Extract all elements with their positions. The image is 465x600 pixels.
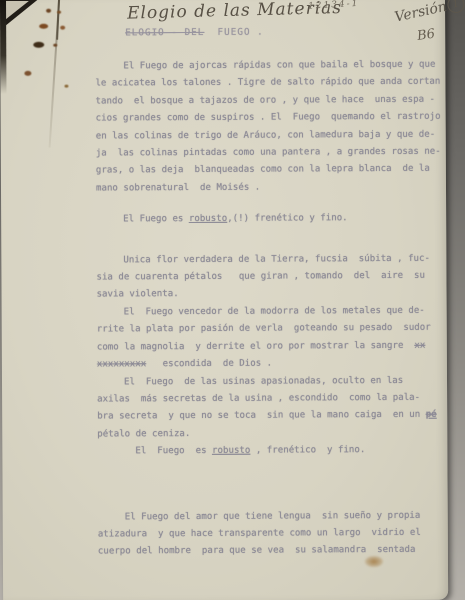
typed-text-segment: en las colinas de trigo de Aráuco, con l… <box>96 129 436 141</box>
stain <box>33 42 44 48</box>
typed-text-segment: tando el bosque a tajazos de oro , y que… <box>96 95 436 107</box>
typed-body: El Fuego de ajorcas rápidas con que bail… <box>95 57 450 562</box>
typed-text-segment: El Fuego del amor que tiene lengua sin s… <box>125 510 421 522</box>
typed-line: El Fuego es robusto,(!) frenético y fino… <box>96 210 448 229</box>
stain <box>53 44 57 47</box>
typed-text-segment: pétalo de ceniza. <box>97 429 190 439</box>
left-edge-shadow <box>0 0 7 94</box>
typed-text-segment: mano sobrenatural de Moisés . <box>96 182 260 193</box>
typed-text-segment: El Fuego es <box>135 446 212 456</box>
version-annotation: Versión1 <box>393 0 465 26</box>
typed-line: El Fuego de ajorcas rápidas con que bail… <box>95 57 447 76</box>
typed-text-segment: xx <box>414 340 425 350</box>
typed-text-segment: El Fuego de ajorcas rápidas con que bail… <box>123 60 435 72</box>
stain <box>64 85 68 88</box>
typed-line: tando el bosque a tajazos de oro , y que… <box>96 91 448 110</box>
typed-line: El Fuego del amor que tiene lengua sin s… <box>98 507 450 526</box>
scanned-manuscript-page: { "page": { "annotations": { "handwritte… <box>0 0 465 600</box>
catalog-number: 12134-1 <box>308 0 360 12</box>
corner-code: B6 <box>416 27 436 44</box>
typed-line: Unica flor verdadera de la Tierra, fucsi… <box>96 250 448 269</box>
typed-text-segment: escondida de Dios . <box>146 359 272 370</box>
typed-text-segment: El Fuego es <box>123 214 189 224</box>
typed-text-segment: , frenético y fino. <box>250 445 365 456</box>
typed-text-segment: cios grandes como de suspiros . El Fuego… <box>96 112 441 124</box>
typed-line: El Fuego vencedor de la modorra de los m… <box>97 303 449 322</box>
typed-text-segment: ,(!) frenético y fino. <box>227 213 348 224</box>
typed-line: atizadura y que hace transparente como u… <box>98 525 450 544</box>
typed-text-segment: cuerpo del hombre para que se vea su sal… <box>98 545 416 557</box>
typed-text-segment: El Fuego de las usinas apasionadas, ocul… <box>124 375 403 386</box>
typed-text-segment: pé <box>426 410 437 420</box>
typed-text-segment: le acicatea los talones . Tigre de salto… <box>95 77 440 89</box>
typed-line: sia de cuarenta pétalos que giran , toma… <box>96 268 448 287</box>
typed-text-segment: sia de cuarenta pétalos que giran , toma… <box>96 271 425 283</box>
typed-text-segment: robusto <box>189 214 227 224</box>
typed-line: le acicatea los talones . Tigre de salto… <box>95 74 447 93</box>
typed-line: como la magnolia y derrite el oro por mo… <box>97 337 449 356</box>
typed-line: ja las colinas pintadas como una pantera… <box>96 144 448 163</box>
typed-title: ELOGIO - DEL FUEGO . <box>125 27 264 39</box>
stain <box>24 71 31 76</box>
typed-line: axilas más secretas de la usina , escond… <box>97 390 449 409</box>
typed-line: cuerpo del hombre para que se vea su sal… <box>98 542 450 561</box>
stain <box>46 9 51 13</box>
stain <box>57 11 61 14</box>
typed-line: bra secreta y que no se toca sin que la … <box>97 407 449 426</box>
typed-line: en las colinas de trigo de Aráuco, con l… <box>96 126 448 145</box>
typed-text-segment: savia violenta. <box>97 290 179 300</box>
typed-title-kept: FUEGO . <box>204 27 263 38</box>
typed-line: El Fuego es robusto , frenético y fino. <box>97 442 449 461</box>
typed-text-segment: axilas más secretas de la usina , escond… <box>97 393 420 405</box>
typed-title-struck: ELOGIO - DEL <box>125 27 204 38</box>
typed-text-segment: gras, o las deja blanqueadas como con la… <box>96 164 430 176</box>
fold-crease <box>49 0 60 148</box>
typed-line: mano sobrenatural de Moisés . <box>96 179 448 198</box>
typed-line: cios grandes como de suspiros . El Fuego… <box>96 109 448 128</box>
typed-text-segment: El Fuego vencedor de la modorra de los m… <box>124 306 425 318</box>
stain <box>60 26 65 30</box>
typed-text-segment: atizadura y que hace transparente como u… <box>98 528 421 540</box>
typed-text-segment: bra secreta y que no se toca sin que la … <box>97 410 426 422</box>
typed-line: pétalo de ceniza. <box>97 424 449 443</box>
typed-line: xxxxxxxxx escondida de Dios . <box>97 355 449 374</box>
typed-line: gras, o las deja blanqueadas como con la… <box>96 161 448 180</box>
version-number-circled: 1 <box>446 0 465 15</box>
typed-text-segment: rrite la plata por pasión de verla gotea… <box>97 323 431 335</box>
stain <box>39 24 48 29</box>
typed-text-segment: ja las colinas pintadas como una pantera… <box>96 147 441 159</box>
typed-line: savia violenta. <box>97 285 449 304</box>
version-label: Versión <box>393 0 448 26</box>
typed-text-segment: Unica flor verdadera de la Tierra, fucsi… <box>123 253 430 265</box>
typed-text-segment: como la magnolia y derrite el oro por mo… <box>97 341 415 353</box>
typed-text-segment: xxxxxxxxx <box>97 359 146 369</box>
paper-sheet: Elogio de las Materias 12134-1 Versión1 … <box>0 0 448 600</box>
typed-line: rrite la plata por pasión de verla gotea… <box>97 320 449 339</box>
typed-text-segment: robusto <box>212 446 250 456</box>
typed-line: El Fuego de las usinas apasionadas, ocul… <box>97 372 449 391</box>
